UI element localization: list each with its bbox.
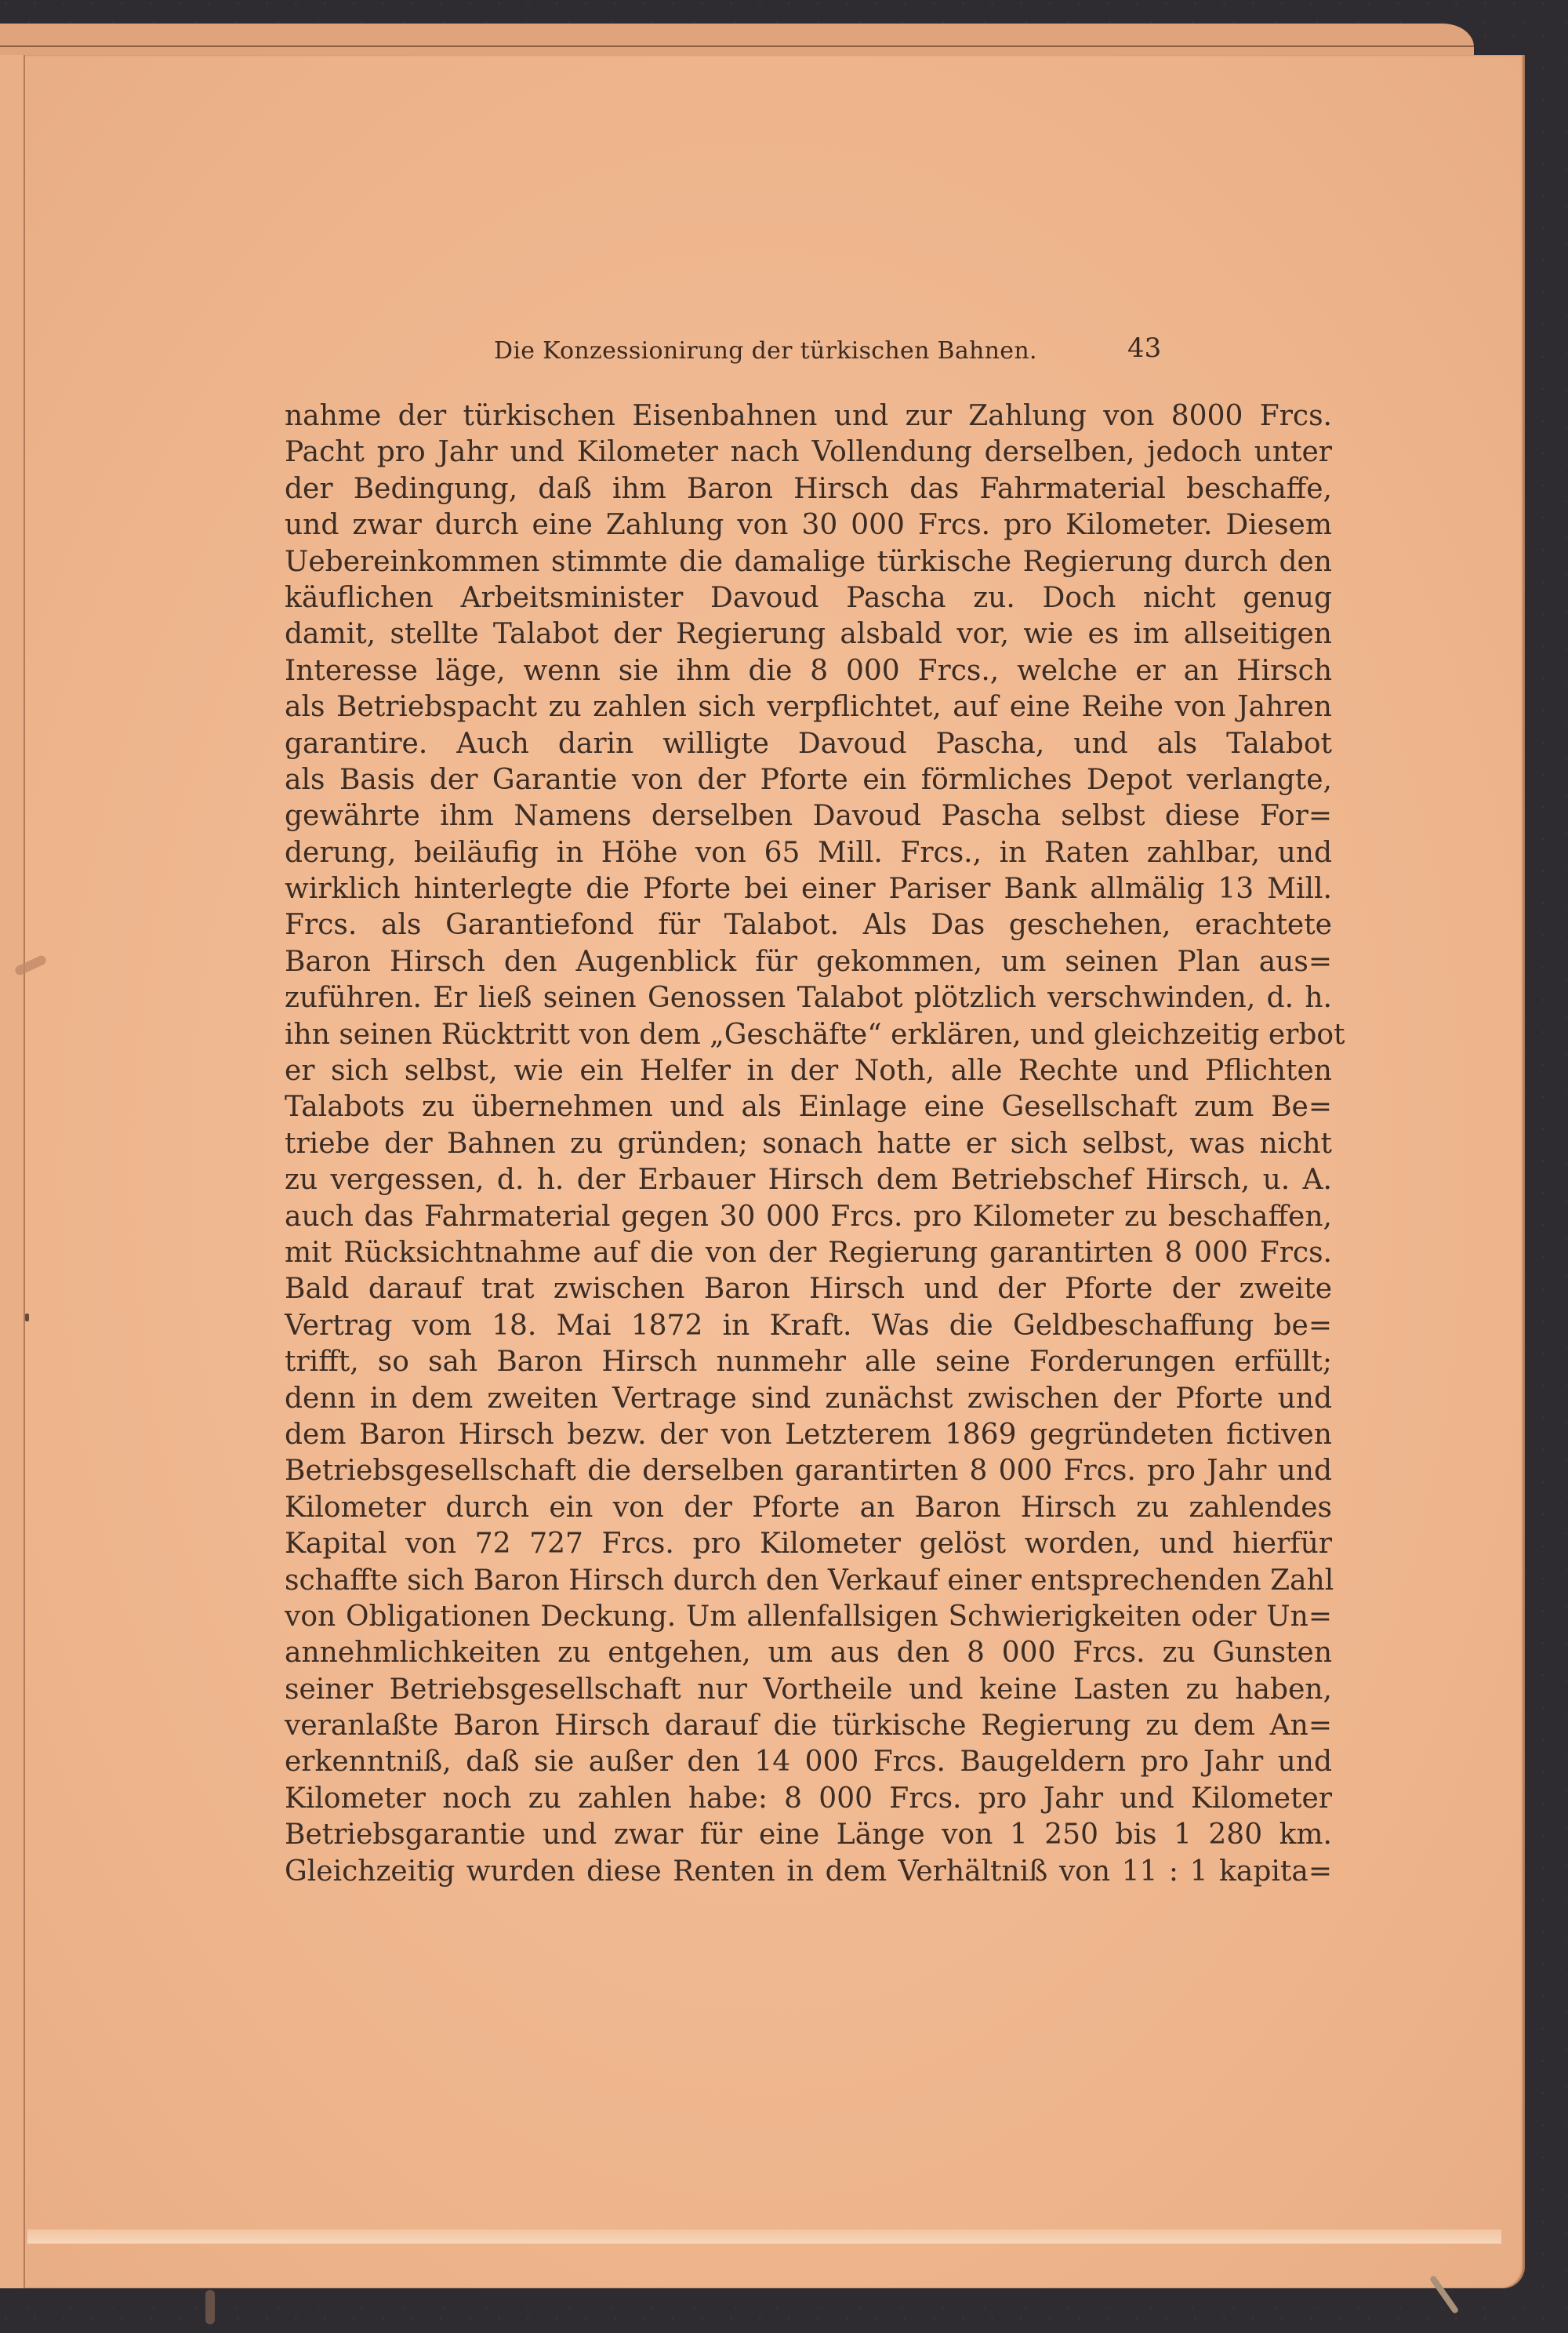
margin-dot-mark <box>25 1314 29 1321</box>
page-number: 43 <box>1127 333 1161 364</box>
text-line: Kilometer durch ein von der Pforte an Ba… <box>285 1490 1332 1526</box>
text-line: ihn seinen Rücktritt von dem „Geschäfte“… <box>285 1017 1332 1053</box>
text-line: Uebereinkommen stimmte die damalige türk… <box>285 544 1332 580</box>
text-line: Kilometer noch zu zahlen habe: 8 000 Frc… <box>285 1781 1332 1817</box>
text-line: Bald darauf trat zwischen Baron Hirsch u… <box>285 1271 1332 1307</box>
text-line: Vertrag vom 18. Mai 1872 in Kraft. Was d… <box>285 1308 1332 1344</box>
text-line: derung, beiläufig in Höhe von 65 Mill. F… <box>285 835 1332 871</box>
text-line: trifft, so sah Baron Hirsch nunmehr alle… <box>285 1344 1332 1380</box>
text-line: triebe der Bahnen zu gründen; sonach hat… <box>285 1126 1332 1162</box>
page-edge-line <box>0 45 1474 47</box>
text-line: annehmlichkeiten zu entgehen, um aus den… <box>285 1635 1332 1671</box>
body-text: nahme der türkischen Eisenbahnen und zur… <box>285 398 1332 1890</box>
text-line: Betriebsgesellschaft die derselben garan… <box>285 1453 1332 1489</box>
text-line: dem Baron Hirsch bezw. der von Letzterem… <box>285 1417 1332 1453</box>
text-line: veranlaßte Baron Hirsch darauf die türki… <box>285 1708 1332 1744</box>
text-line: erkenntniß, daß sie außer den 14 000 Frc… <box>285 1744 1332 1780</box>
text-line: damit, stellte Talabot der Regierung als… <box>285 616 1332 652</box>
text-line: denn in dem zweiten Vertrage sind zunäch… <box>285 1381 1332 1417</box>
text-line: von Obligationen Deckung. Um allenfallsi… <box>285 1599 1332 1635</box>
text-line: der Bedingung, daß ihm Baron Hirsch das … <box>285 471 1332 507</box>
text-line: Frcs. als Garantiefond für Talabot. Als … <box>285 907 1332 943</box>
text-line: Gleichzeitig wurden diese Renten in dem … <box>285 1854 1332 1890</box>
page-bottom-edge <box>27 2229 1501 2244</box>
text-line: käuflichen Arbeitsminister Davoud Pascha… <box>285 580 1332 616</box>
loose-fiber <box>205 2290 215 2324</box>
text-line: als Basis der Garantie von der Pforte ei… <box>285 762 1332 798</box>
running-head: Die Konzessionirung der türkischen Bahne… <box>494 337 1037 365</box>
text-line: Pacht pro Jahr und Kilometer nach Vollen… <box>285 434 1332 471</box>
text-line: zuführen. Er ließ seinen Genossen Talabo… <box>285 980 1332 1016</box>
text-line: Baron Hirsch den Augenblick für gekommen… <box>285 944 1332 980</box>
text-line: Interesse läge, wenn sie ihm die 8 000 F… <box>285 653 1332 689</box>
text-line: er sich selbst, wie ein Helfer in der No… <box>285 1053 1332 1089</box>
text-line: als Betriebspacht zu zahlen sich verpfli… <box>285 689 1332 725</box>
text-line: seiner Betriebsgesellschaft nur Vortheil… <box>285 1672 1332 1708</box>
text-line: wirklich hinterlegte die Pforte bei eine… <box>285 871 1332 907</box>
text-line: Kapital von 72 727 Frcs. pro Kilometer g… <box>285 1526 1332 1562</box>
text-line: schaffte sich Baron Hirsch durch den Ver… <box>285 1563 1332 1599</box>
page-stack-edge <box>0 24 1474 59</box>
previous-page-edge <box>0 55 25 2288</box>
text-line: Betriebsgarantie und zwar für eine Länge… <box>285 1817 1332 1853</box>
text-line: nahme der türkischen Eisenbahnen und zur… <box>285 398 1332 434</box>
text-line: gewährte ihm Namens derselben Davoud Pas… <box>285 798 1332 834</box>
text-line: zu vergessen, d. h. der Erbauer Hirsch d… <box>285 1162 1332 1198</box>
text-line: auch das Fahrmaterial gegen 30 000 Frcs.… <box>285 1199 1332 1235</box>
text-line: und zwar durch eine Zahlung von 30 000 F… <box>285 507 1332 543</box>
text-line: garantire. Auch darin willigte Davoud Pa… <box>285 726 1332 762</box>
text-line: Talabots zu übernehmen und als Einlage e… <box>285 1089 1332 1125</box>
text-line: mit Rücksichtnahme auf die von der Regie… <box>285 1235 1332 1271</box>
